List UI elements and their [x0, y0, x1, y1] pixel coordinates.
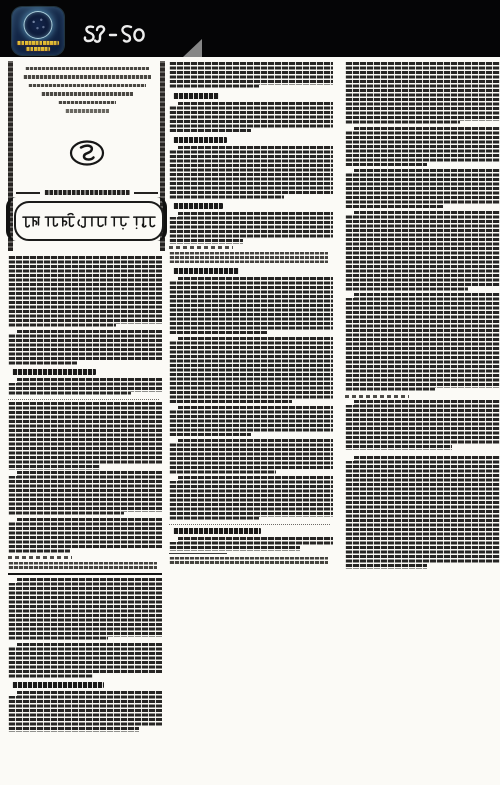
digit-5-bengali	[122, 26, 131, 41]
page-range-title	[82, 23, 146, 47]
text-paragraph	[345, 127, 500, 168]
footnote-text	[169, 252, 328, 265]
kicker-rule-left	[16, 192, 40, 194]
left-column-body: যমযম কূপের আসল কাহিনীবক্ষ বিদারণের ঘটনা	[8, 256, 162, 733]
text-paragraph	[345, 169, 500, 210]
section-heading: যমযম কূপের আসল কাহিনী	[12, 369, 96, 375]
section-heading: দ্বিতীয় অংশ	[173, 137, 227, 143]
book-app-icon[interactable]: আর-রাহীকুল মাখতূম	[12, 7, 64, 55]
digit-4-bengali	[85, 27, 94, 41]
text-paragraph	[169, 146, 333, 200]
section-heading-text: বনী সা'দ গোত্রে অবস্থান	[173, 528, 174, 529]
text-paragraph	[169, 337, 333, 405]
text-paragraph	[169, 277, 333, 336]
app-top-bar: আর-রাহীকুল মাখতূম ৪১- ৫০	[0, 0, 500, 57]
text-paragraph	[8, 578, 162, 641]
footnote-text	[8, 562, 157, 570]
poem-line	[41, 92, 133, 95]
section-heading: প্রথম অংশ	[173, 93, 219, 99]
text-paragraph	[345, 400, 500, 450]
section-heading: হস্তী যুদ্ধের ঘটনা	[173, 268, 239, 274]
icon-caption-line1	[17, 41, 59, 46]
text-paragraph	[345, 211, 500, 292]
document-page[interactable]: ৩ যে ঘরে সেই সোনার মানুষ	[0, 57, 500, 785]
chapter-kicker-row	[16, 190, 158, 195]
poem-line	[23, 75, 151, 78]
page-range-text: ৪১- ৫০	[0, 0, 1, 1]
chapter-opening-frame: ৩ যে ঘরে সেই সোনার মানুষ	[6, 61, 168, 257]
icon-caption-text1: আর-রাহীকুল	[12, 7, 13, 8]
app-window: আর-রাহীকুল মাখতূম ৪১- ৫০	[0, 0, 500, 785]
text-paragraph	[8, 330, 162, 366]
kicker-rule-right	[134, 192, 158, 194]
footnote-text	[169, 557, 328, 565]
dotted-separator	[169, 524, 330, 525]
right-column	[345, 62, 500, 570]
opening-poem	[20, 67, 154, 118]
digit-0-bengali	[134, 29, 143, 40]
section-heading-text: তৃতীয় অংশ	[173, 203, 174, 204]
text-paragraph	[8, 256, 162, 328]
text-paragraph	[169, 439, 333, 475]
kicker-text: যে ঘরে সেই সোনার মানুষ	[6, 61, 7, 62]
text-paragraph	[169, 537, 333, 551]
footnote-dash-separator	[8, 556, 72, 559]
text-paragraph	[8, 471, 162, 516]
text-paragraph	[345, 456, 500, 569]
poem-line	[28, 84, 146, 87]
text-paragraph	[169, 406, 333, 438]
text-paragraph	[345, 62, 500, 125]
section-heading-text: যমযম কূপের আসল কাহিনী	[12, 369, 13, 370]
calligraphy-emblem-icon	[24, 11, 53, 39]
text-paragraph	[8, 691, 162, 732]
section-heading-text: হস্তী যুদ্ধের ঘটনা	[173, 268, 174, 269]
poem-reference-line	[65, 109, 109, 112]
thick-divider-rule	[8, 573, 162, 576]
section-heading-text: বক্ষ বিদারণের ঘটনা	[12, 682, 13, 683]
circled-number-ornament	[66, 137, 108, 169]
middle-column: প্রথম অংশদ্বিতীয় অংশতৃতীয় অংশহস্তী যুদ…	[169, 62, 333, 566]
icon-caption-line2	[26, 47, 50, 52]
icon-caption-text2: মাখতূম	[12, 7, 13, 8]
corner-resize-handle[interactable]	[183, 39, 202, 57]
ornament-number-text: ৩	[6, 61, 7, 62]
section-heading: তৃতীয় অংশ	[173, 203, 223, 209]
section-heading: বনী সা'দ গোত্রে অবস্থান	[173, 528, 261, 534]
text-paragraph	[345, 293, 500, 392]
chapter-headline-strokes	[21, 212, 157, 231]
poem-line	[25, 67, 149, 70]
chapter-headline-box: আল আমীন থেকে আর রাসূল	[14, 201, 164, 241]
dotted-separator	[8, 399, 159, 400]
text-paragraph	[8, 378, 162, 396]
poem-line	[58, 101, 116, 104]
footnote-dash-separator	[345, 395, 409, 398]
text-paragraph	[169, 476, 333, 521]
footnote-dash-separator	[169, 246, 233, 249]
section-heading-text: দ্বিতীয় অংশ	[173, 137, 174, 138]
text-paragraph	[169, 102, 333, 134]
footnote-rule	[169, 553, 227, 554]
text-paragraph	[8, 643, 162, 679]
digit-1-bengali	[95, 26, 104, 41]
section-heading-text: প্রথম অংশ	[173, 93, 174, 94]
text-paragraph	[8, 402, 162, 470]
text-paragraph	[169, 212, 333, 244]
text-paragraph	[8, 518, 162, 554]
kicker-text-bar	[44, 190, 130, 195]
section-heading: বক্ষ বিদারণের ঘটনা	[12, 682, 104, 688]
digit-3-bengali	[81, 146, 94, 160]
text-paragraph	[169, 62, 333, 89]
